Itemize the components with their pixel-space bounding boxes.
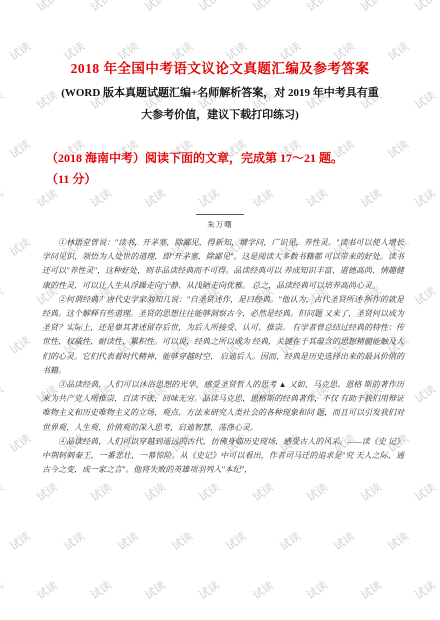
article-title-blank-line bbox=[196, 206, 244, 215]
watermark-text: 试读 bbox=[114, 528, 141, 554]
watermark-text: 试读 bbox=[222, 528, 249, 554]
article-author: 朱万曙 bbox=[0, 219, 440, 230]
exam-section-heading-line2: （11 分） bbox=[46, 169, 406, 190]
watermark-text: 试读 bbox=[303, 577, 330, 603]
exam-section-heading: （2018 海南中考）阅读下面的文章，完成第 17～21 题。 （11 分） bbox=[46, 148, 406, 190]
watermark-text: 试读 bbox=[357, 577, 384, 603]
watermark-text: 试读 bbox=[87, 479, 114, 505]
watermark-text: 试读 bbox=[303, 479, 330, 505]
watermark-text: 试读 bbox=[249, 577, 276, 603]
watermark-text: 试读 bbox=[168, 528, 195, 554]
watermark-text: 试读 bbox=[33, 577, 60, 603]
watermark-text: 试读 bbox=[249, 479, 276, 505]
article-paragraph-3: ③品读经典，人们可以沐浴思想的光华，感受圣贤哲人的思考 ▲ 又如，马克思、恩格 … bbox=[42, 378, 404, 435]
article-paragraph-2: ②何谓经典？唐代史学家刘知几说："自圣贤述作，是曰经典。"他认为，古代圣贤所述 … bbox=[42, 293, 404, 378]
document-title: 2018 年全国中考语文议论文真题汇编及参考答案 bbox=[0, 60, 440, 78]
watermark-text: 试读 bbox=[33, 479, 60, 505]
watermark-text: 试读 bbox=[195, 479, 222, 505]
article-paragraph-1: ①林语堂曾说："读书，开茅塞，除鄙见，得新知，增学问，广识见，养性灵。"读书可以… bbox=[42, 236, 404, 293]
watermark-text: 试读 bbox=[0, 479, 7, 505]
watermark-text: 试读 bbox=[141, 479, 168, 505]
watermark-text: 试读 bbox=[357, 479, 384, 505]
watermark-text: 试读 bbox=[195, 577, 222, 603]
watermark-text: 试读 bbox=[411, 577, 438, 603]
watermark-text: 试读 bbox=[141, 577, 168, 603]
document-subtitle: (WORD 版本真题试题汇编+名师解析答案，对 2019 年中考具有重大参考价值… bbox=[58, 82, 382, 126]
article-body: ①林语堂曾说："读书，开茅塞，除鄙见，得新知，增学问，广识见，养性灵。"读书可以… bbox=[42, 236, 404, 477]
watermark-text: 试读 bbox=[384, 528, 411, 554]
exam-section-heading-line1: （2018 海南中考）阅读下面的文章，完成第 17～21 题。 bbox=[46, 151, 343, 165]
watermark-text: 试读 bbox=[330, 528, 357, 554]
watermark-text: 试读 bbox=[87, 577, 114, 603]
watermark-text: 试读 bbox=[0, 577, 7, 603]
page-content: 2018 年全国中考语文议论文真题汇编及参考答案 (WORD 版本真题试题汇编+… bbox=[0, 0, 440, 477]
watermark-text: 试读 bbox=[411, 479, 438, 505]
watermark-text: 试读 bbox=[6, 528, 33, 554]
article-paragraph-4: ④品读经典，人们可以穿越到遥远的古代，仿佛身临历史现场，感受古人的风采。——读《… bbox=[42, 435, 404, 478]
watermark-text: 试读 bbox=[60, 528, 87, 554]
watermark-text: 试读 bbox=[276, 528, 303, 554]
document-page: 试读试读试读试读试读试读试读试读试读试读试读试读试读试读试读试读试读试读试读试读… bbox=[0, 0, 440, 620]
